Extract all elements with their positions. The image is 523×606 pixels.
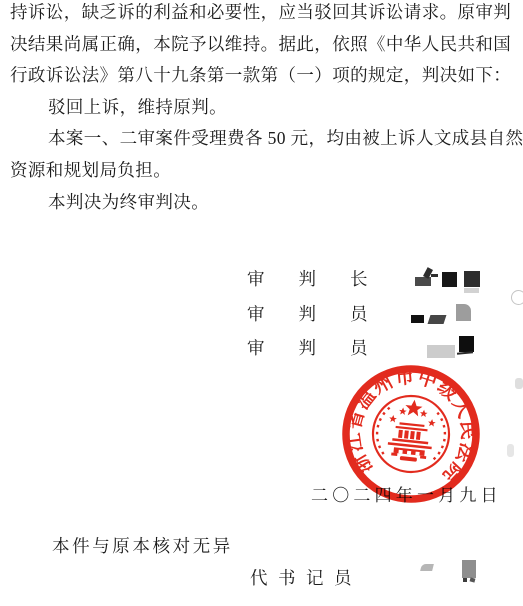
judge-row: 审判员 — [247, 335, 402, 360]
judge-title: 审判员 — [247, 338, 402, 358]
national-emblem-icon — [369, 392, 453, 476]
clerk-row: 代书记员 — [250, 565, 362, 590]
court-seal: 浙江省温州市中级人民法院 — [338, 361, 484, 507]
judgment-document-page: 持诉讼，缺乏诉的利益和必要性，应当驳回其诉讼请求。原审判 决结果尚属正确，本院予… — [0, 0, 523, 606]
body-line: 资源和规划局负担。 — [10, 155, 516, 187]
body-line: 决结果尚属正确，本院予以维持。据此，依照《中华人民共和国 — [10, 29, 516, 61]
body-line-final: 本判决为终审判决。 — [10, 187, 516, 219]
judgment-body-text: 持诉讼，缺乏诉的利益和必要性，应当驳回其诉讼请求。原审判 决结果尚属正确，本院予… — [10, 0, 516, 218]
presiding-judge-row: 审判长 — [247, 266, 402, 291]
body-line: 行政诉讼法》第八十九条第一款第（一）项的规定，判决如下： — [10, 60, 516, 92]
judge-title: 审判员 — [247, 304, 402, 324]
binding-hole-mark — [511, 290, 523, 305]
body-line-fees: 本案一、二审案件受理费各 50 元，均由被上诉人文成县自然 — [10, 123, 516, 155]
clerk-title: 代书记员 — [250, 568, 362, 588]
body-line: 持诉讼，缺乏诉的利益和必要性，应当驳回其诉讼请求。原审判 — [10, 0, 516, 29]
judge-row: 审判员 — [247, 301, 402, 326]
scan-smudge — [507, 444, 514, 457]
scan-smudge — [515, 378, 523, 389]
body-line-ruling: 驳回上诉，维持原判。 — [10, 92, 516, 124]
copy-verification-note: 本件与原本核对无异 — [52, 533, 233, 558]
presiding-judge-title: 审判长 — [247, 269, 402, 289]
